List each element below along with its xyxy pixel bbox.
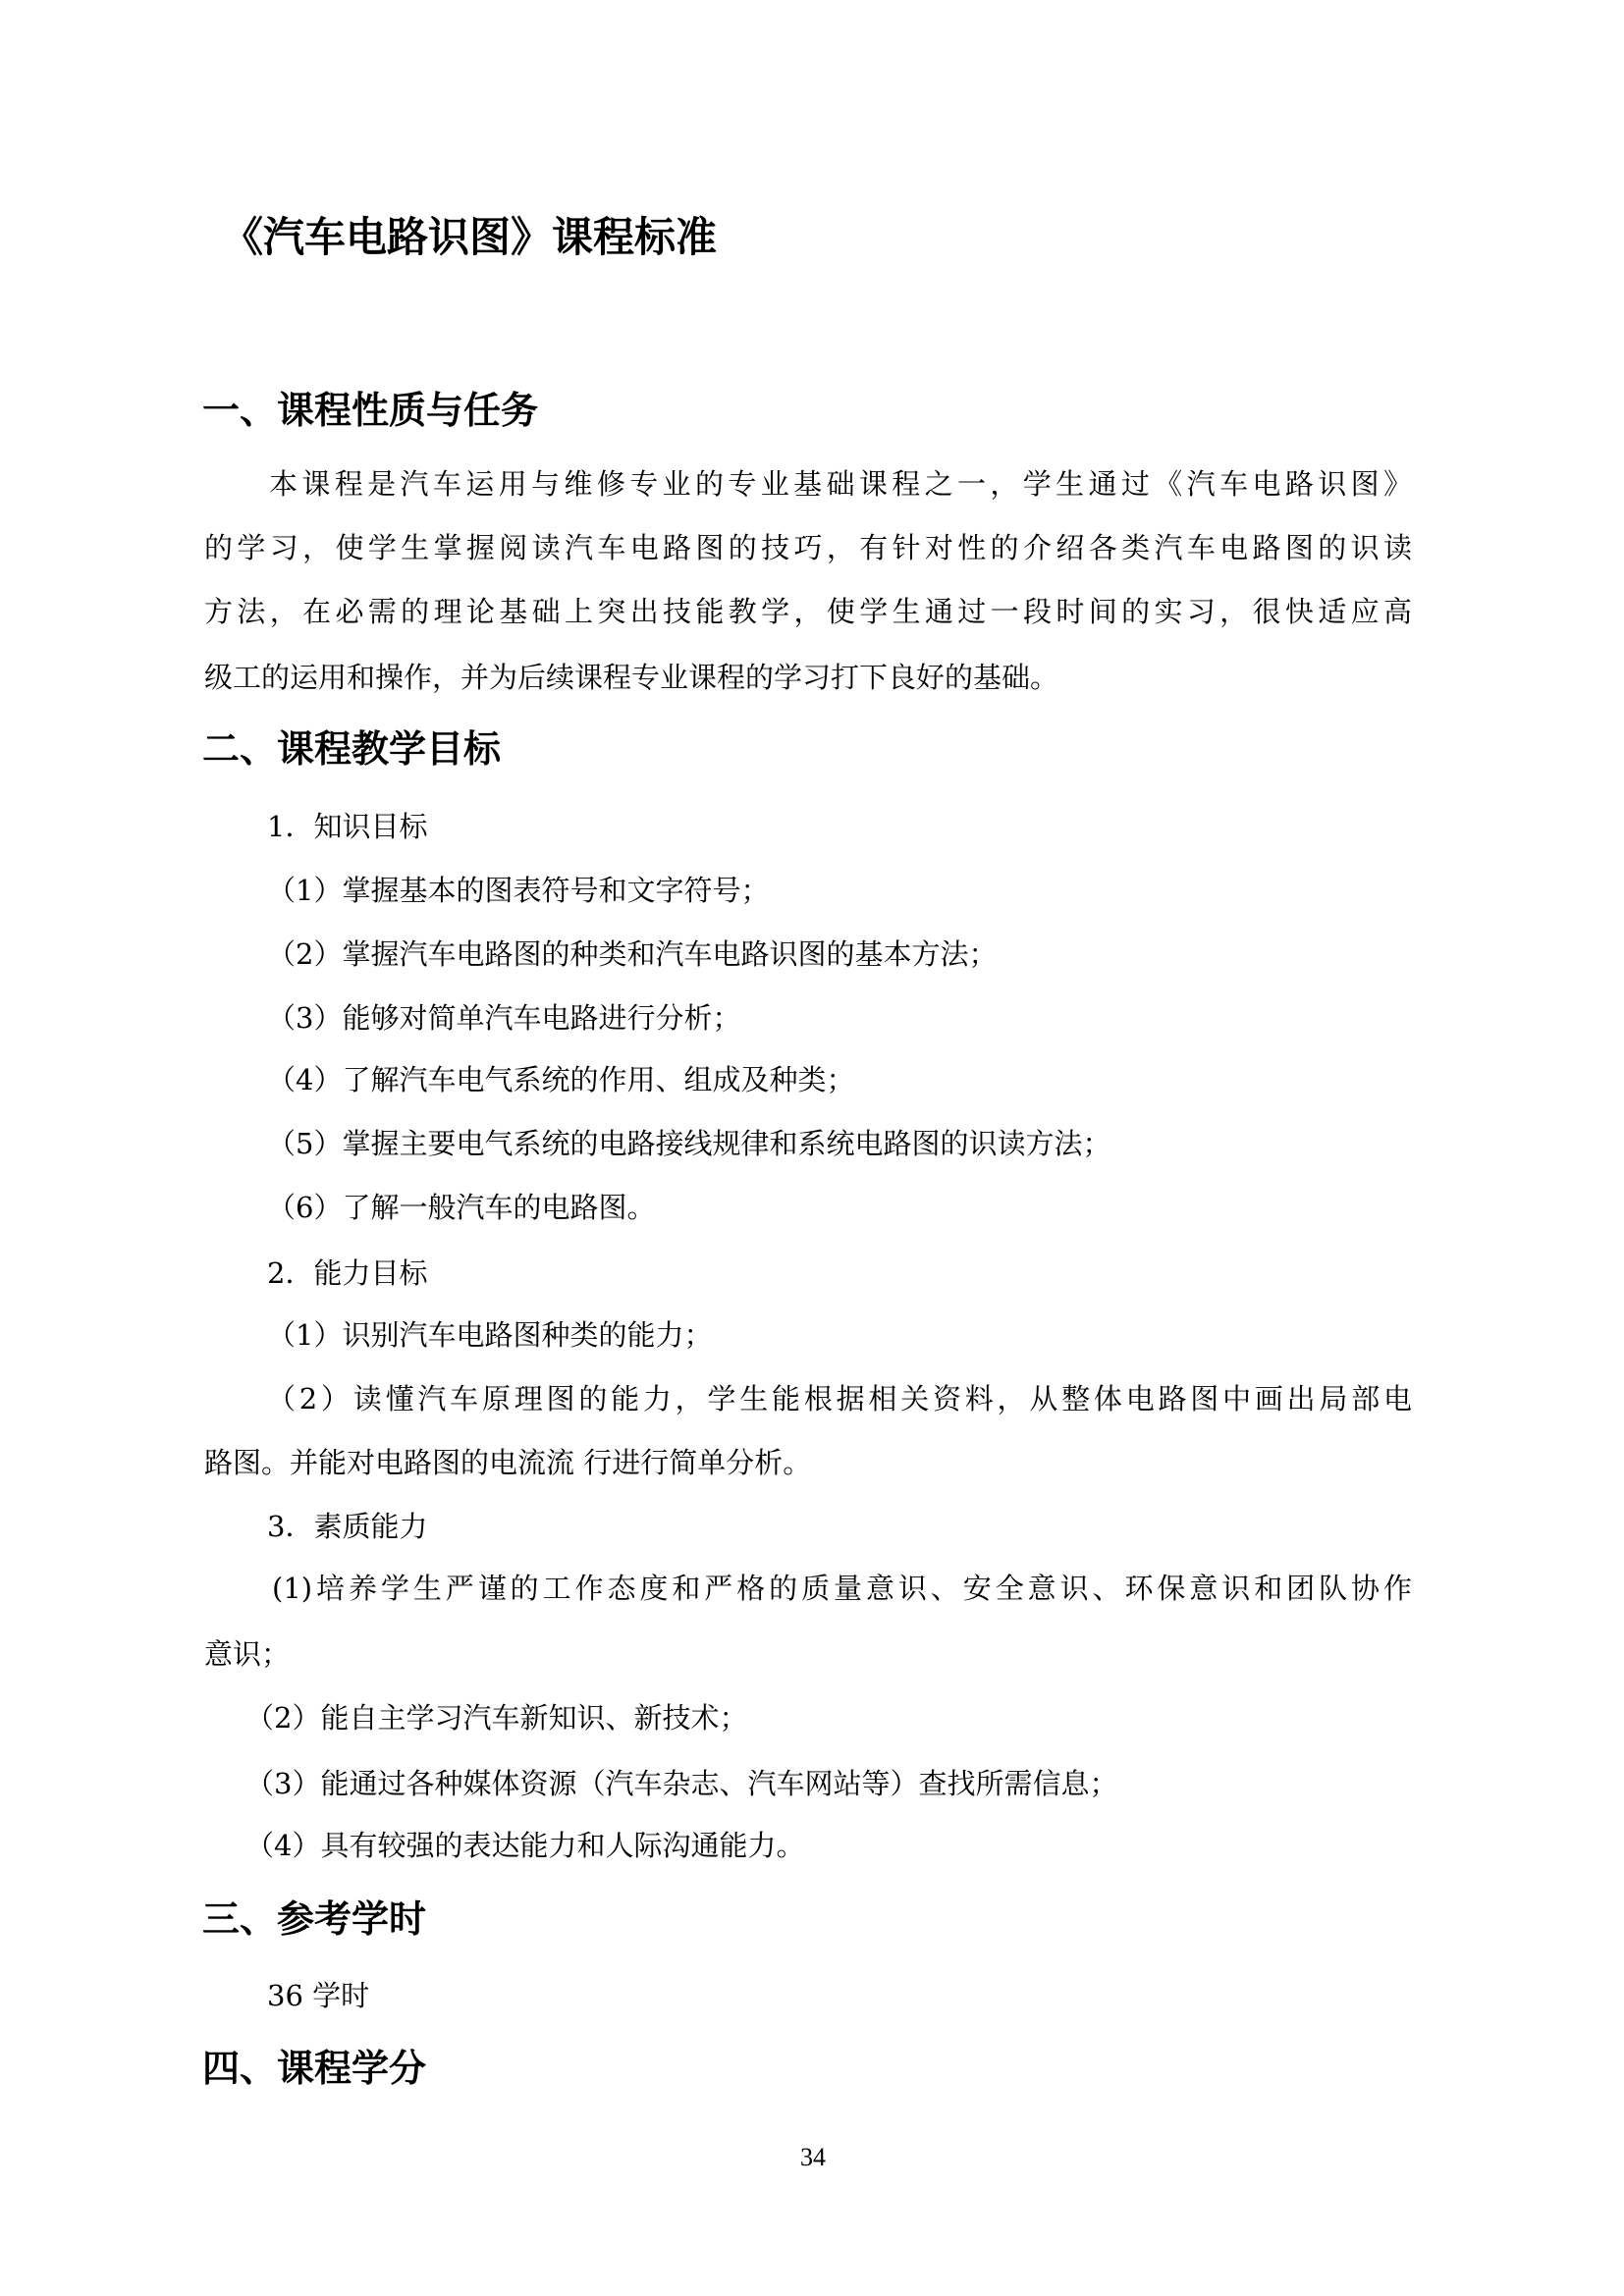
section-heading-credits: 四、课程学分 <box>202 2046 426 2091</box>
list-item: （2）读懂汽车原理图的能力，学生能根据相关资料，从整体电路图中画出局部电 <box>267 1379 1412 1418</box>
list-item: （3）能够对简单汽车电路进行分析； <box>267 998 740 1038</box>
list-item: （2）掌握汽车电路图的种类和汽车电路识图的基本方法； <box>267 934 997 974</box>
section-heading-nature-and-tasks: 一、课程性质与任务 <box>202 388 538 433</box>
document-title: 《汽车电路识图》课程标准 <box>222 214 717 261</box>
list-item: （2）能自主学习汽车新知识、新技术； <box>245 1698 747 1737</box>
list-item: （1）掌握基本的图表符号和文字符号； <box>267 871 769 910</box>
list-item-continuation: 意识； <box>204 1634 290 1674</box>
list-item: （3）能通过各种媒体资源（汽车杂志、汽车网站等）查找所需信息； <box>245 1764 1117 1803</box>
page-number: 34 <box>800 2142 826 2173</box>
list-item: （6）了解一般汽车的电路图。 <box>267 1188 655 1227</box>
paragraph-line: 级工的运用和操作，并为后续课程专业课程的学习打下良好的基础。 <box>204 658 1058 697</box>
list-item: （4）具有较强的表达能力和人际沟通能力。 <box>245 1826 804 1865</box>
list-item: （4）了解汽车电气系统的作用、组成及种类； <box>267 1060 854 1099</box>
list-item: （1）识别汽车电路图种类的能力； <box>267 1315 712 1355</box>
subsection-label-ability: 2．能力目标 <box>267 1254 427 1293</box>
list-item: （5）掌握主要电气系统的电路接线规律和系统电路图的识读方法； <box>267 1124 1110 1163</box>
list-item-continuation: 路图。并能对电路图的电流流 行进行简单分析。 <box>204 1443 811 1482</box>
subsection-label-knowledge: 1．知识目标 <box>267 807 427 846</box>
subsection-label-quality: 3．素质能力 <box>267 1507 427 1546</box>
section-heading-reference-hours: 三、参考学时 <box>202 1896 426 1942</box>
reference-hours-value: 36 学时 <box>267 1976 369 2015</box>
paragraph-line: 本课程是汽车运用与维修专业的专业基础课程之一，学生通过《汽车电路识图》 <box>269 464 1412 504</box>
section-heading-teaching-objectives: 二、课程教学目标 <box>202 726 501 772</box>
list-item: (1)培养学生严谨的工作态度和严格的质量意识、安全意识、环保意识和团队协作 <box>272 1569 1412 1608</box>
paragraph-line: 的学习，使学生掌握阅读汽车电路图的技巧，有针对性的介绍各类汽车电路图的识读 <box>204 528 1412 567</box>
paragraph-line: 方法，在必需的理论基础上突出技能教学，使学生通过一段时间的实习，很快适应高 <box>204 592 1412 631</box>
